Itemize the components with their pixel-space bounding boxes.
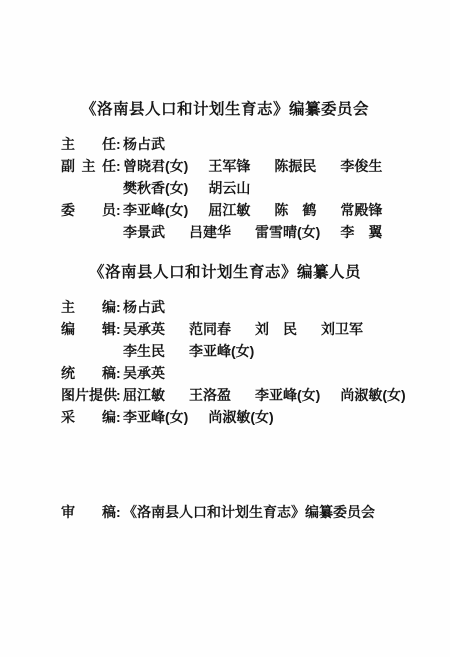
label-colon: :: [116, 362, 123, 384]
person-name: 李 翼: [340, 221, 386, 243]
person-name: 刘 民: [255, 318, 301, 340]
person-name: 李亚峰(女): [123, 199, 188, 221]
review-row: 审稿:《洛南县人口和计划生育志》编纂委员会: [61, 501, 450, 523]
person-name: 王洛盈: [189, 384, 235, 406]
person-name: 常殿锋: [340, 199, 386, 221]
staff-row-collectors: 采编:李亚峰(女)尚淑敏(女): [61, 406, 450, 428]
committee-row-chairman: 主任:杨占武: [61, 133, 450, 155]
role-label: 图片提供: [61, 384, 116, 406]
committee-row-vice-chairmen: 副主任:曾晓君(女)王军锋陈振民李俊生: [61, 155, 450, 177]
role-label: 采编: [61, 406, 116, 428]
person-name: 屈江敏: [208, 199, 254, 221]
committee-block: 主任:杨占武 副主任:曾晓君(女)王军锋陈振民李俊生 樊秋香(女)胡云山 委员:…: [61, 133, 450, 243]
review-text: 《洛南县人口和计划生育志》编纂委员会: [123, 501, 375, 523]
label-colon: :: [116, 501, 123, 523]
staff-row-editors: 编辑:吴承英范同春刘 民刘卫军: [61, 318, 450, 340]
person-name: 吴承英: [123, 362, 169, 384]
person-name: 杨占武: [123, 296, 169, 318]
label-colon: :: [116, 296, 123, 318]
person-name: 李亚峰(女): [189, 340, 254, 362]
label-colon: :: [116, 199, 123, 221]
person-name: 胡云山: [208, 177, 254, 199]
scanned-document-page: 《洛南县人口和计划生育志》编纂委员会 主任:杨占武 副主任:曾晓君(女)王军锋陈…: [0, 0, 450, 657]
staff-title: 《洛南县人口和计划生育志》编纂人员: [0, 260, 450, 282]
committee-row-members: 委员:李亚峰(女)屈江敏陈 鹤常殿锋: [61, 199, 450, 221]
label-colon: :: [116, 406, 123, 428]
review-block: 审稿:《洛南县人口和计划生育志》编纂委员会: [61, 501, 450, 523]
staff-row-photos: 图片提供:屈江敏王洛盈李亚峰(女)尚淑敏(女): [61, 384, 450, 406]
person-name: 刘卫军: [321, 318, 367, 340]
committee-row-members-cont: 李景武吕建华雷雪晴(女)李 翼: [61, 221, 450, 243]
person-name: 曾晓君(女): [123, 155, 188, 177]
person-name: 李俊生: [340, 155, 386, 177]
role-label: 审稿: [61, 501, 116, 523]
label-colon: :: [116, 384, 123, 406]
role-label: 副主任: [61, 155, 116, 177]
person-name: 吴承英: [123, 318, 169, 340]
person-name: 李亚峰(女): [123, 406, 188, 428]
staff-row-unifier: 统稿:吴承英: [61, 362, 450, 384]
person-name: 尚淑敏(女): [340, 384, 405, 406]
staff-row-chief-editor: 主编:杨占武: [61, 296, 450, 318]
role-label: 编辑: [61, 318, 116, 340]
person-name: 尚淑敏(女): [208, 406, 273, 428]
person-name: 范同春: [189, 318, 235, 340]
person-name: 杨占武: [123, 133, 169, 155]
label-colon: :: [116, 133, 123, 155]
role-label: 主任: [61, 133, 116, 155]
person-name: 李亚峰(女): [255, 384, 320, 406]
committee-row-vice-chairmen-cont: 樊秋香(女)胡云山: [61, 177, 450, 199]
label-colon: :: [116, 155, 123, 177]
person-name: 樊秋香(女): [123, 177, 188, 199]
person-name: 李景武: [123, 221, 169, 243]
person-name: 陈 鹤: [274, 199, 320, 221]
person-name: 王军锋: [208, 155, 254, 177]
person-name: 陈振民: [274, 155, 320, 177]
role-label: 主编: [61, 296, 116, 318]
person-name: 屈江敏: [123, 384, 169, 406]
person-name: 吕建华: [189, 221, 235, 243]
person-name: 李生民: [123, 340, 169, 362]
role-label: 统稿: [61, 362, 116, 384]
person-name: 雷雪晴(女): [255, 221, 320, 243]
role-label: 委员: [61, 199, 116, 221]
staff-row-editors-cont: 李生民李亚峰(女): [61, 340, 450, 362]
staff-block: 主编:杨占武 编辑:吴承英范同春刘 民刘卫军 李生民李亚峰(女) 统稿:吴承英 …: [61, 296, 450, 428]
label-colon: :: [116, 318, 123, 340]
committee-title: 《洛南县人口和计划生育志》编纂委员会: [0, 97, 450, 119]
